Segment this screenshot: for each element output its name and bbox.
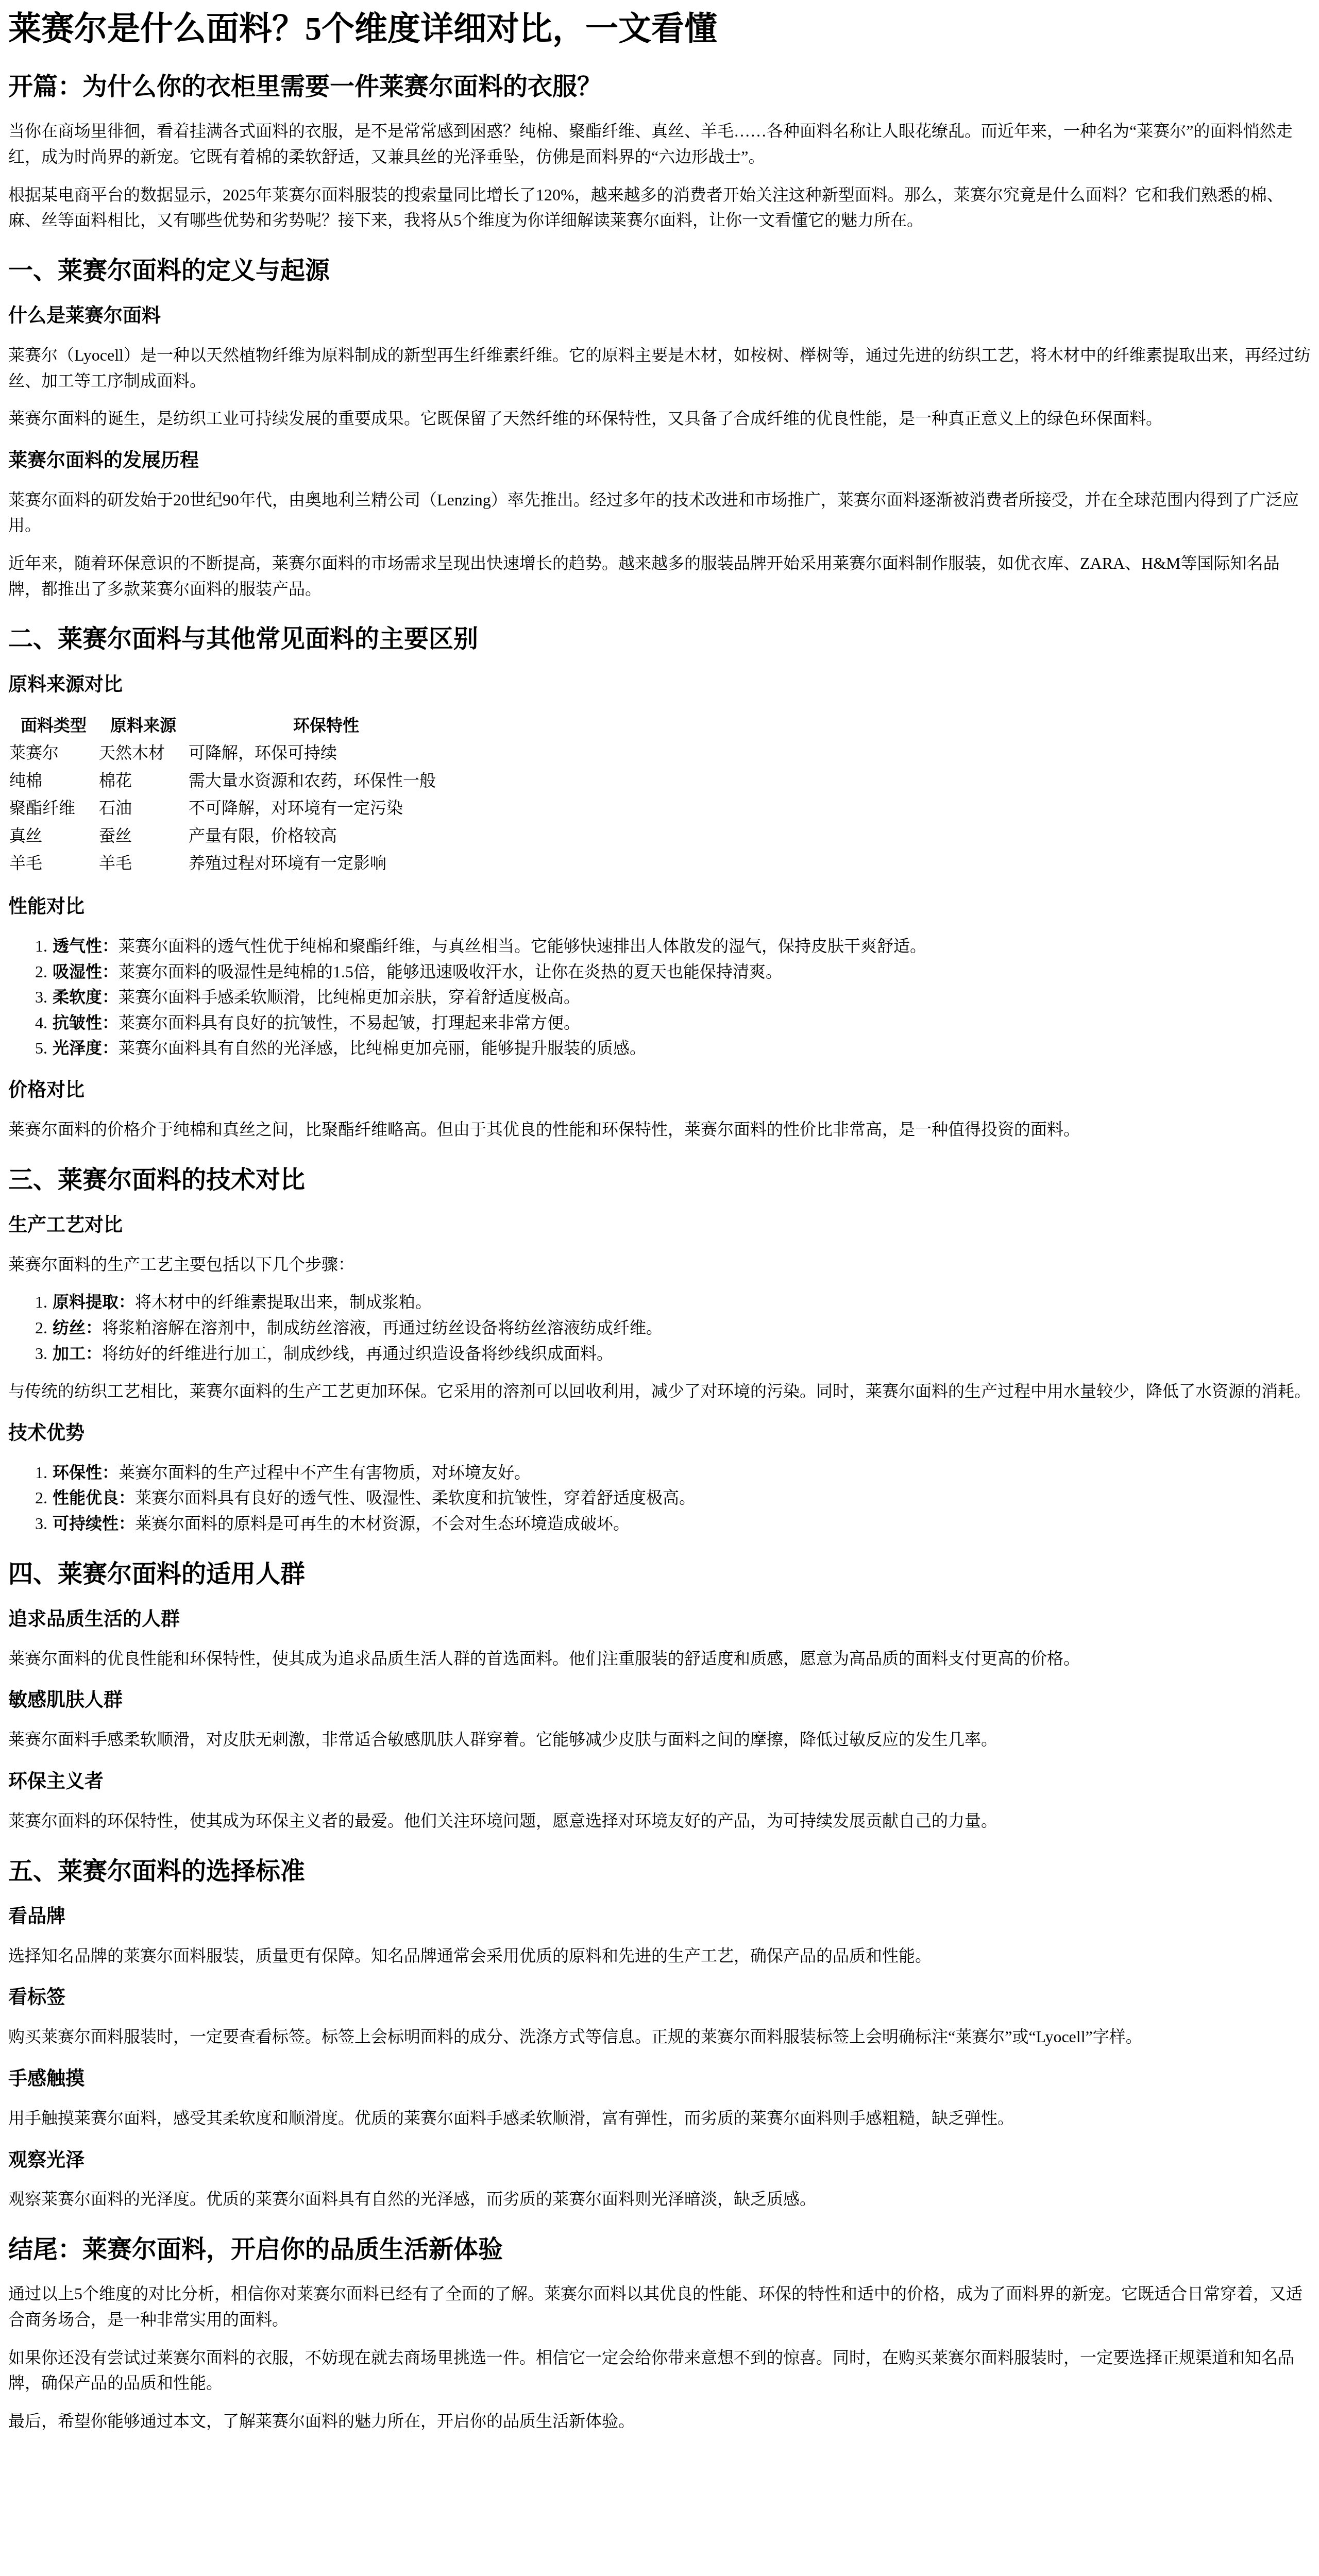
list-item-label: 可持续性： <box>53 1514 135 1533</box>
list-item-text: 将纺好的纤维进行加工，制成纱线，再通过织造设备将纱线织成面料。 <box>102 1344 613 1363</box>
subsection-heading: 看品牌 <box>8 1904 1311 1930</box>
section-technology: 三、莱赛尔面料的技术对比 生产工艺对比 莱赛尔面料的生产工艺主要包括以下几个步骤… <box>8 1164 1311 1537</box>
paragraph: 如果你还没有尝试过莱赛尔面料的衣服，不妨现在就去商场里挑选一件。相信它一定会给你… <box>8 2345 1311 2396</box>
table-cell: 莱赛尔 <box>9 740 98 767</box>
subsection-heading: 环保主义者 <box>8 1769 1311 1795</box>
table-cell: 聚酯纤维 <box>9 795 98 822</box>
subsection-heading: 技术优势 <box>8 1421 1311 1447</box>
table-cell: 不可降解，对环境有一定污染 <box>189 795 464 822</box>
paragraph: 莱赛尔面料的价格介于纯棉和真丝之间，比聚酯纤维略高。但由于其优良的性能和环保特性… <box>8 1117 1311 1143</box>
section-heading: 三、莱赛尔面料的技术对比 <box>8 1164 1311 1196</box>
list-item: 性能优良：莱赛尔面料具有良好的透气性、吸湿性、柔软度和抗皱性，穿着舒适度极高。 <box>52 1485 1311 1511</box>
list-item: 吸湿性：莱赛尔面料的吸湿性是纯棉的1.5倍，能够迅速吸收汗水，让你在炎热的夏天也… <box>52 959 1311 985</box>
section-audience: 四、莱赛尔面料的适用人群 追求品质生活的人群 莱赛尔面料的优良性能和环保特性，使… <box>8 1558 1311 1834</box>
list-item-label: 加工： <box>53 1344 102 1363</box>
list-item-label: 性能优良： <box>53 1488 135 1507</box>
subsection-heading: 性能对比 <box>8 894 1311 920</box>
list-item: 柔软度：莱赛尔面料手感柔软顺滑，比纯棉更加亲肤，穿着舒适度极高。 <box>52 985 1311 1010</box>
list-item-text: 莱赛尔面料手感柔软顺滑，比纯棉更加亲肤，穿着舒适度极高。 <box>119 988 580 1006</box>
table-cell: 棉花 <box>99 768 188 794</box>
list-item-text: 将浆粕溶解在溶剂中，制成纺丝溶液，再通过纺丝设备将纺丝溶液纺成纤维。 <box>102 1318 663 1337</box>
section-heading: 四、莱赛尔面料的适用人群 <box>8 1558 1311 1590</box>
intro-heading: 开篇：为什么你的衣柜里需要一件莱赛尔面料的衣服？ <box>8 71 1311 103</box>
list-item: 透气性：莱赛尔面料的透气性优于纯棉和聚酯纤维，与真丝相当。它能够快速排出人体散发… <box>52 934 1311 959</box>
section-heading: 五、莱赛尔面料的选择标准 <box>8 1856 1311 1888</box>
table-header-cell: 面料类型 <box>9 713 98 739</box>
table-header-cell: 环保特性 <box>189 713 464 739</box>
list-item: 原料提取：将木材中的纤维素提取出来，制成浆粕。 <box>52 1290 1311 1315</box>
table-header-cell: 原料来源 <box>99 713 188 739</box>
paragraph: 莱赛尔面料的诞生，是纺织工业可持续发展的重要成果。它既保留了天然纤维的环保特性，… <box>8 406 1311 432</box>
table-cell: 产量有限，价格较高 <box>189 823 464 850</box>
list-item-text: 莱赛尔面料的原料是可再生的木材资源，不会对生态环境造成破坏。 <box>135 1514 630 1533</box>
section-heading: 二、莱赛尔面料与其他常见面料的主要区别 <box>8 623 1311 655</box>
page-title: 莱赛尔是什么面料？5个维度详细对比，一文看懂 <box>8 8 1311 49</box>
table-cell: 天然木材 <box>99 740 188 767</box>
table-row: 莱赛尔 天然木材 可降解，环保可持续 <box>9 740 464 767</box>
table-cell: 羊毛 <box>9 850 98 877</box>
paragraph: 莱赛尔（Lyocell）是一种以天然植物纤维为原料制成的新型再生纤维素纤维。它的… <box>8 343 1311 394</box>
table-cell: 羊毛 <box>99 850 188 877</box>
subsection-heading: 原料来源对比 <box>8 672 1311 698</box>
paragraph: 当你在商场里徘徊，看着挂满各式面料的衣服，是不是常常感到困惑？纯棉、聚酯纤维、真… <box>8 118 1311 170</box>
subsection-heading: 手感触摸 <box>8 2066 1311 2092</box>
paragraph: 莱赛尔面料的研发始于20世纪90年代，由奥地利兰精公司（Lenzing）率先推出… <box>8 487 1311 538</box>
list-item-label: 光泽度： <box>53 1039 119 1057</box>
list-item-text: 将木材中的纤维素提取出来，制成浆粕。 <box>135 1293 432 1311</box>
table-row: 羊毛 羊毛 养殖过程对环境有一定影响 <box>9 850 464 877</box>
paragraph: 莱赛尔面料的生产工艺主要包括以下几个步骤： <box>8 1252 1311 1278</box>
section-definition-origin: 一、莱赛尔面料的定义与起源 什么是莱赛尔面料 莱赛尔（Lyocell）是一种以天… <box>8 255 1311 602</box>
section-comparison: 二、莱赛尔面料与其他常见面料的主要区别 原料来源对比 面料类型 原料来源 环保特… <box>8 623 1311 1142</box>
list-item-text: 莱赛尔面料的生产过程中不产生有害物质，对环境友好。 <box>119 1463 531 1482</box>
list-item-text: 莱赛尔面料的吸湿性是纯棉的1.5倍，能够迅速吸收汗水，让你在炎热的夏天也能保持清… <box>119 962 782 981</box>
list-item: 环保性：莱赛尔面料的生产过程中不产生有害物质，对环境友好。 <box>52 1460 1311 1486</box>
table-header-row: 面料类型 原料来源 环保特性 <box>9 713 464 739</box>
paragraph: 购买莱赛尔面料服装时，一定要查看标签。标签上会标明面料的成分、洗涤方式等信息。正… <box>8 2024 1311 2050</box>
list-item-label: 柔软度： <box>53 988 119 1006</box>
list-item: 加工：将纺好的纤维进行加工，制成纱线，再通过织造设备将纱线织成面料。 <box>52 1341 1311 1367</box>
paragraph: 近年来，随着环保意识的不断提高，莱赛尔面料的市场需求呈现出快速增长的趋势。越来越… <box>8 551 1311 602</box>
subsection-heading: 莱赛尔面料的发展历程 <box>8 448 1311 474</box>
ending-heading: 结尾：莱赛尔面料，开启你的品质生活新体验 <box>8 2234 1311 2266</box>
section-intro: 开篇：为什么你的衣柜里需要一件莱赛尔面料的衣服？ 当你在商场里徘徊，看着挂满各式… <box>8 71 1311 233</box>
list-item-label: 纺丝： <box>53 1318 102 1337</box>
list-item: 可持续性：莱赛尔面料的原料是可再生的木材资源，不会对生态环境造成破坏。 <box>52 1511 1311 1537</box>
list-item: 纺丝：将浆粕溶解在溶剂中，制成纺丝溶液，再通过纺丝设备将纺丝溶液纺成纤维。 <box>52 1315 1311 1341</box>
paragraph: 通过以上5个维度的对比分析，相信你对莱赛尔面料已经有了全面的了解。莱赛尔面料以其… <box>8 2281 1311 2332</box>
paragraph: 与传统的纺织工艺相比，莱赛尔面料的生产工艺更加环保。它采用的溶剂可以回收利用，减… <box>8 1379 1311 1404</box>
list-item-label: 吸湿性： <box>53 962 119 981</box>
list-item-label: 原料提取： <box>53 1293 135 1311</box>
performance-list: 透气性：莱赛尔面料的透气性优于纯棉和聚酯纤维，与真丝相当。它能够快速排出人体散发… <box>8 934 1311 1061</box>
fabric-comparison-table: 面料类型 原料来源 环保特性 莱赛尔 天然木材 可降解，环保可持续 纯棉 棉花 … <box>8 711 465 878</box>
list-item-label: 透气性： <box>53 937 119 955</box>
list-item-label: 环保性： <box>53 1463 119 1482</box>
table-row: 聚酯纤维 石油 不可降解，对环境有一定污染 <box>9 795 464 822</box>
article: 莱赛尔是什么面料？5个维度详细对比，一文看懂 开篇：为什么你的衣柜里需要一件莱赛… <box>8 8 1311 2434</box>
table-row: 真丝 蚕丝 产量有限，价格较高 <box>9 823 464 850</box>
table-cell: 纯棉 <box>9 768 98 794</box>
list-item-label: 抗皱性： <box>53 1013 119 1032</box>
table-row: 纯棉 棉花 需大量水资源和农药，环保性一般 <box>9 768 464 794</box>
list-item-text: 莱赛尔面料具有自然的光泽感，比纯棉更加亮丽，能够提升服装的质感。 <box>119 1039 646 1057</box>
subsection-heading: 追求品质生活的人群 <box>8 1607 1311 1633</box>
paragraph: 观察莱赛尔面料的光泽度。优质的莱赛尔面料具有自然的光泽感，而劣质的莱赛尔面料则光… <box>8 2187 1311 2212</box>
subsection-heading: 什么是莱赛尔面料 <box>8 303 1311 329</box>
subsection-heading: 生产工艺对比 <box>8 1213 1311 1239</box>
section-selection: 五、莱赛尔面料的选择标准 看品牌 选择知名品牌的莱赛尔面料服装，质量更有保障。知… <box>8 1856 1311 2213</box>
list-item-text: 莱赛尔面料具有良好的抗皱性，不易起皱，打理起来非常方便。 <box>119 1013 580 1032</box>
process-list: 原料提取：将木材中的纤维素提取出来，制成浆粕。 纺丝：将浆粕溶解在溶剂中，制成纺… <box>8 1290 1311 1366</box>
table-cell: 蚕丝 <box>99 823 188 850</box>
list-item: 光泽度：莱赛尔面料具有自然的光泽感，比纯棉更加亮丽，能够提升服装的质感。 <box>52 1036 1311 1061</box>
subsection-heading: 敏感肌肤人群 <box>8 1688 1311 1714</box>
list-item-text: 莱赛尔面料的透气性优于纯棉和聚酯纤维，与真丝相当。它能够快速排出人体散发的湿气，… <box>119 937 926 955</box>
paragraph: 莱赛尔面料的优良性能和环保特性，使其成为追求品质生活人群的首选面料。他们注重服装… <box>8 1646 1311 1672</box>
subsection-heading: 观察光泽 <box>8 2148 1311 2174</box>
paragraph: 最后，希望你能够通过本文，了解莱赛尔面料的魅力所在，开启你的品质生活新体验。 <box>8 2409 1311 2434</box>
table-cell: 石油 <box>99 795 188 822</box>
table-cell: 需大量水资源和农药，环保性一般 <box>189 768 464 794</box>
advantage-list: 环保性：莱赛尔面料的生产过程中不产生有害物质，对环境友好。 性能优良：莱赛尔面料… <box>8 1460 1311 1537</box>
paragraph: 选择知名品牌的莱赛尔面料服装，质量更有保障。知名品牌通常会采用优质的原料和先进的… <box>8 1943 1311 1969</box>
paragraph: 莱赛尔面料手感柔软顺滑，对皮肤无刺激，非常适合敏感肌肤人群穿着。它能够减少皮肤与… <box>8 1727 1311 1753</box>
section-ending: 结尾：莱赛尔面料，开启你的品质生活新体验 通过以上5个维度的对比分析，相信你对莱… <box>8 2234 1311 2434</box>
paragraph: 莱赛尔面料的环保特性，使其成为环保主义者的最爱。他们关注环境问题，愿意选择对环境… <box>8 1808 1311 1834</box>
subsection-heading: 价格对比 <box>8 1078 1311 1104</box>
paragraph: 根据某电商平台的数据显示，2025年莱赛尔面料服装的搜索量同比增长了120%，越… <box>8 182 1311 233</box>
subsection-heading: 看标签 <box>8 1985 1311 2011</box>
list-item-text: 莱赛尔面料具有良好的透气性、吸湿性、柔软度和抗皱性，穿着舒适度极高。 <box>135 1488 696 1507</box>
table-cell: 养殖过程对环境有一定影响 <box>189 850 464 877</box>
table-cell: 真丝 <box>9 823 98 850</box>
section-heading: 一、莱赛尔面料的定义与起源 <box>8 255 1311 287</box>
table-cell: 可降解，环保可持续 <box>189 740 464 767</box>
paragraph: 用手触摸莱赛尔面料，感受其柔软度和顺滑度。优质的莱赛尔面料手感柔软顺滑，富有弹性… <box>8 2106 1311 2131</box>
list-item: 抗皱性：莱赛尔面料具有良好的抗皱性，不易起皱，打理起来非常方便。 <box>52 1010 1311 1036</box>
